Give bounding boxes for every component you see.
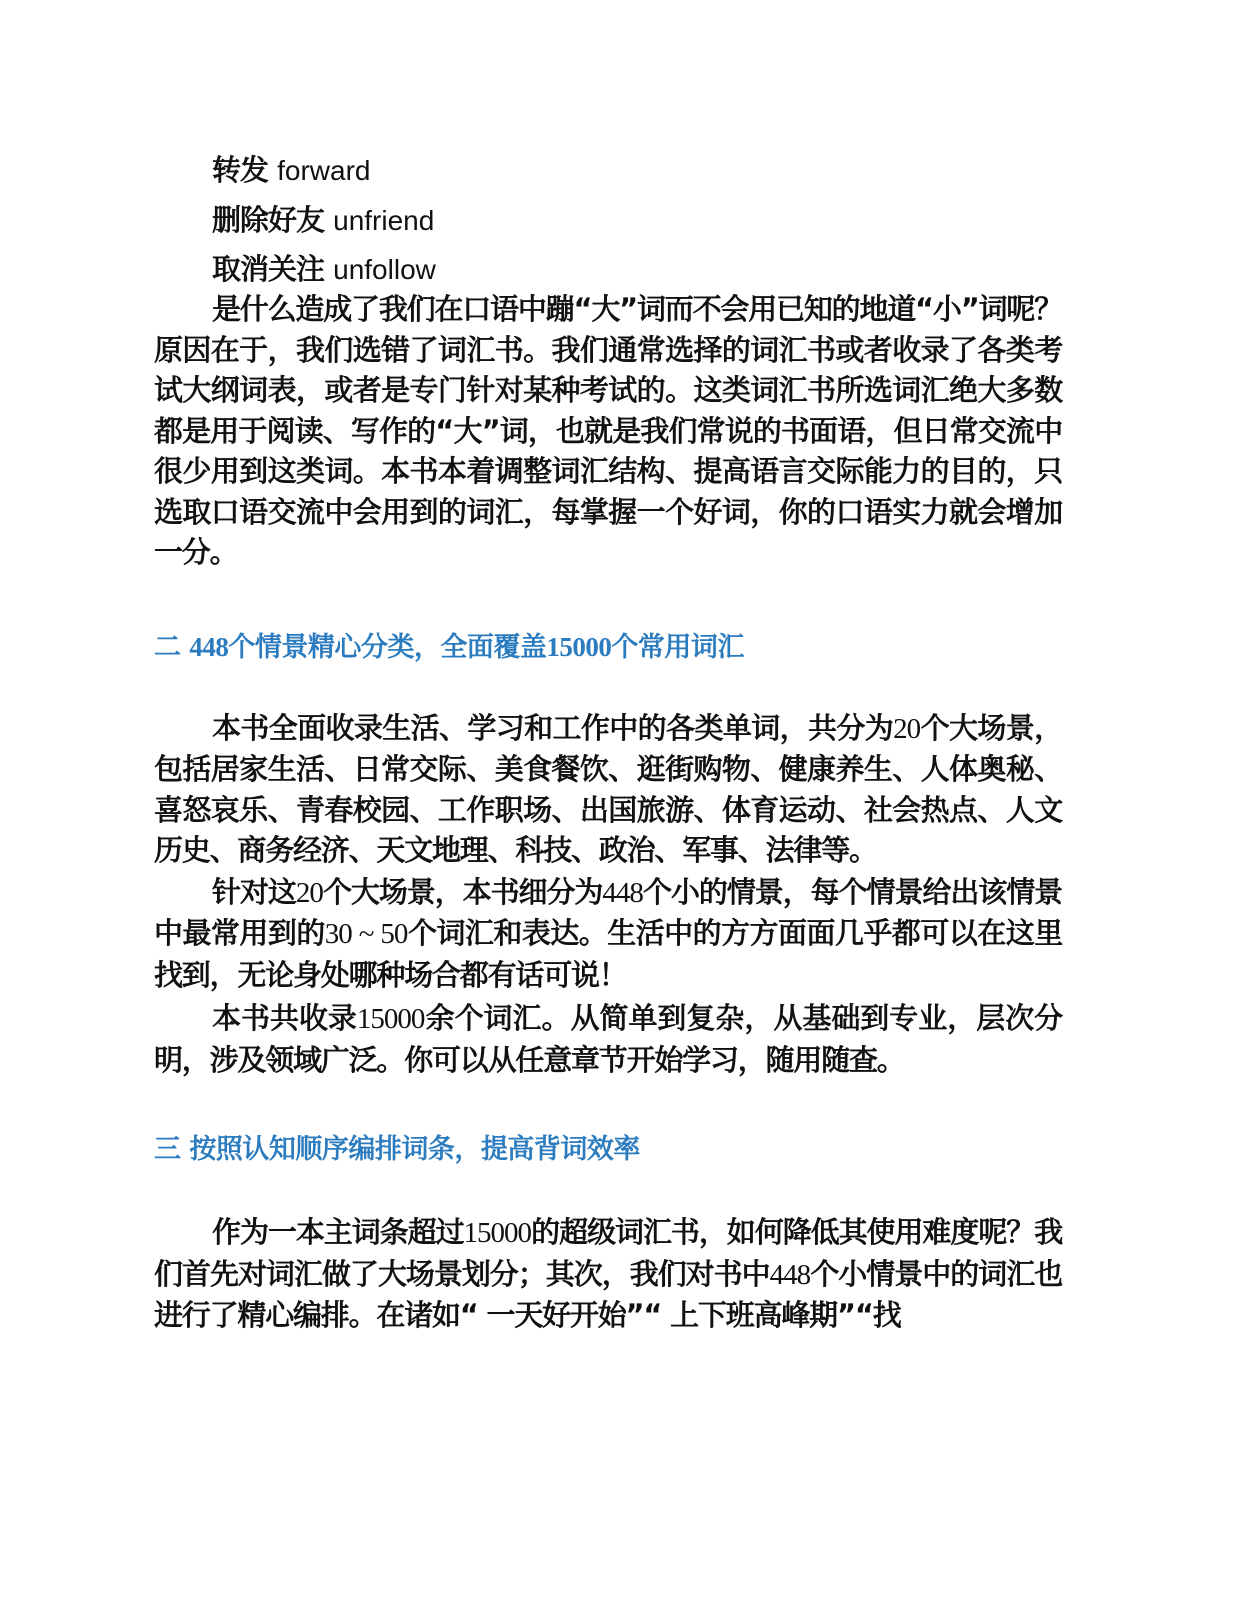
vocab-en: unfriend: [333, 205, 434, 236]
paragraph-448-situations: 针对这20个大场景，本书细分为448个小的情景，每个情景给出该情景中最常用到的3…: [154, 872, 1062, 996]
vocab-item: 取消关注 unfollow: [154, 245, 1062, 293]
paragraph-why-wrong-book: 是什么造成了我们在口语中蹦“大”词而不会用已知的地道“小”词呢？原因在于，我们选…: [154, 289, 1062, 573]
vocab-item: 删除好友 unfriend: [154, 195, 1062, 245]
paragraph-15000-words: 本书共收录15000余个词汇。从简单到复杂，从基础到专业，层次分明，涉及领域广泛…: [154, 998, 1062, 1080]
section-heading-3: 三 按照认知顺序编排词条，提高背词效率: [154, 1130, 1062, 1170]
vocab-zh: 取消关注: [212, 252, 324, 286]
vocab-zh: 删除好友: [212, 203, 324, 237]
vocab-list: 转发 forward 删除好友 unfriend 取消关注 unfollow: [154, 145, 1062, 293]
book-page: 转发 forward 删除好友 unfriend 取消关注 unfollow 是…: [154, 145, 1062, 1336]
vocab-en: unfollow: [333, 254, 436, 285]
vocab-zh: 转发: [212, 153, 268, 187]
vocab-item: 转发 forward: [154, 145, 1062, 195]
vocab-en: forward: [277, 155, 370, 186]
section-heading-2: 二 448个情景精心分类，全面覆盖15000个常用词汇: [154, 627, 1062, 668]
paragraph-20-scenes: 本书全面收录生活、学习和工作中的各类单词，共分为20个大场景，包括居家生活、日常…: [154, 708, 1062, 871]
paragraph-ordering: 作为一本主词条超过15000的超级词汇书，如何降低其使用难度呢？我们首先对词汇做…: [154, 1212, 1062, 1336]
